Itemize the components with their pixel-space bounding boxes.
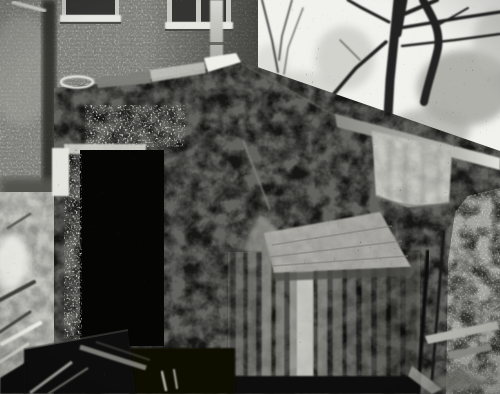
photograph: Wooden shack beside brick building: [0, 0, 500, 394]
photo-canvas: Wooden shack beside brick building: [0, 0, 500, 394]
vignette: [0, 0, 500, 394]
